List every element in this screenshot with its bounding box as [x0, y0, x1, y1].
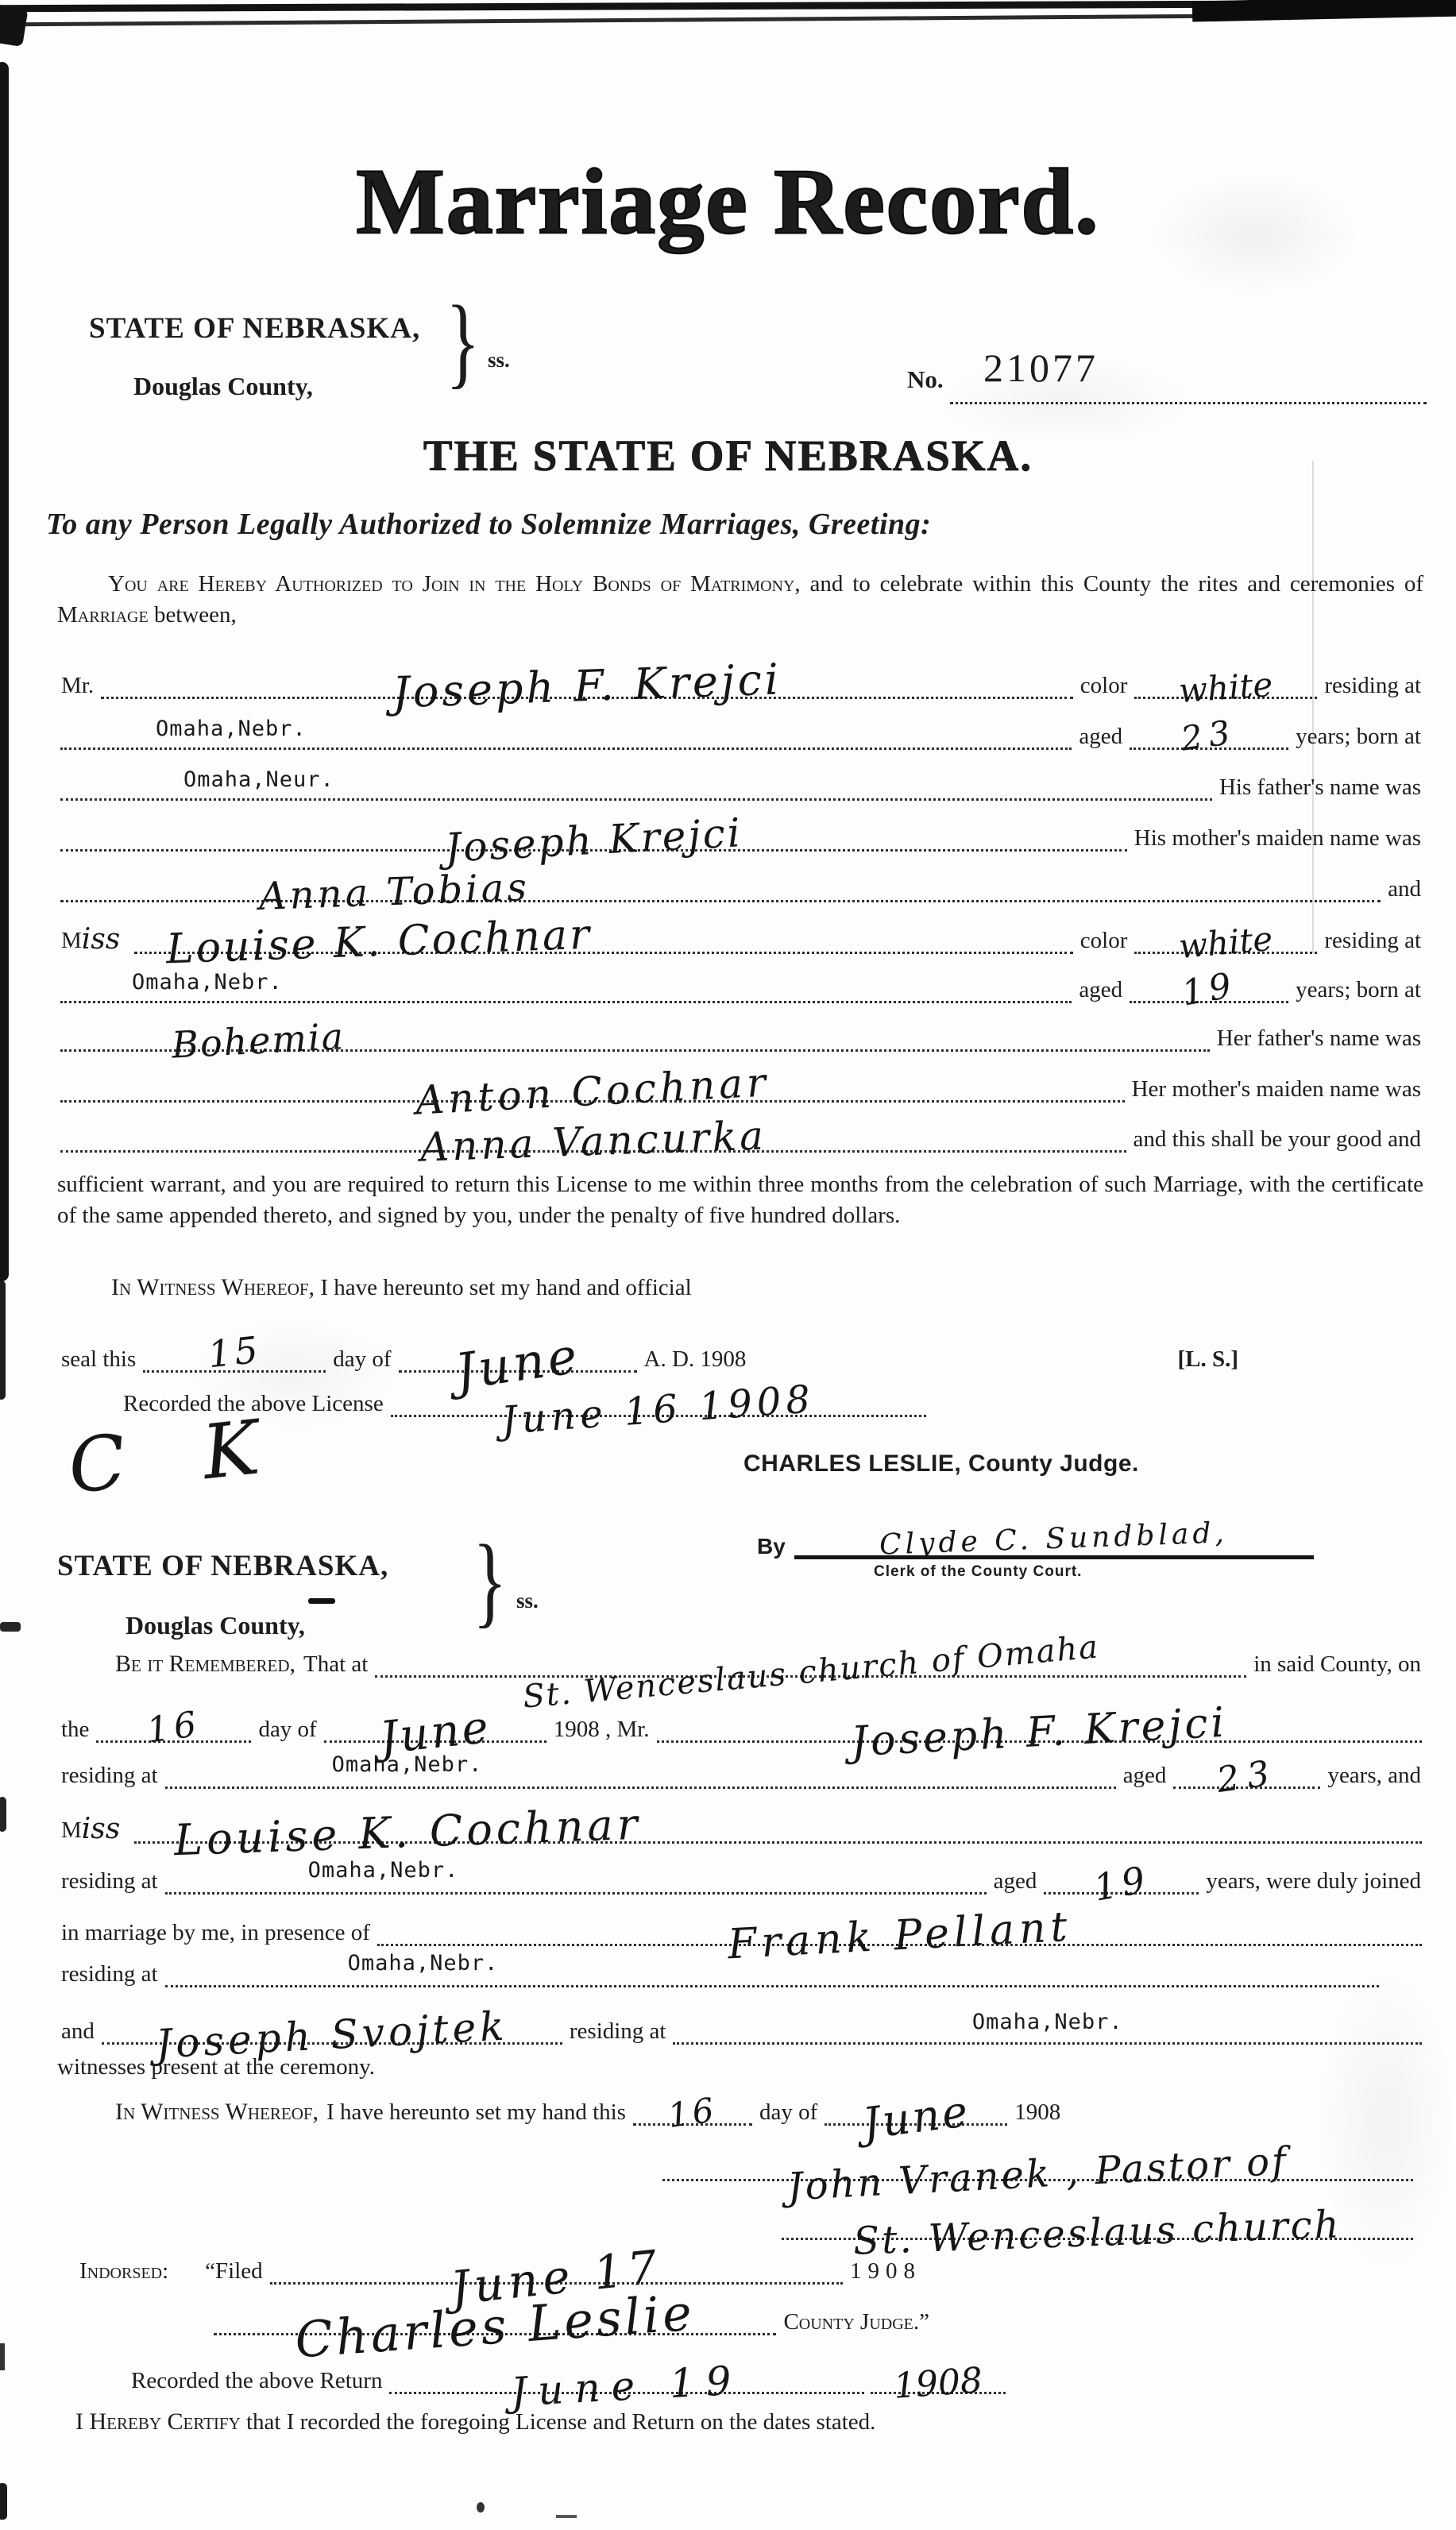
scan-artifact-bottom-dot [477, 2502, 485, 2513]
scan-artifact-left-mark-3 [0, 2343, 5, 2370]
county-judge-signature-line: Charles Leslie County Judge.” [210, 2289, 933, 2335]
residing-at-label-3: residing at [57, 1868, 162, 1895]
authorization-paragraph: You are Hereby Authorized to Join in the… [57, 569, 1423, 631]
state-of-nebraska-2: STATE OF NEBRASKA, [57, 1549, 388, 1583]
pastor-church-value: St. Wenceslaus church [853, 2207, 1342, 2259]
ceremony-date-groom-line: the 16 day of June 1908 , Mr. Joseph F. … [57, 1698, 1425, 1743]
her-father-label: Her father's name was [1213, 1026, 1425, 1052]
ss-label-2: ss. [516, 1589, 539, 1613]
day-of-label: day of [329, 1346, 395, 1373]
bride-father-line: Anton Cochnar Her mother's maiden name w… [57, 1058, 1425, 1103]
bride-age-field: 19 [1130, 974, 1288, 1003]
witness1-residence-field: Omaha,Nebr. [165, 1953, 1379, 1987]
pastor-signature-field: John Vranek , Pastor of [662, 2157, 1413, 2181]
cert-groom-residence-value: Omaha,Nebr. [332, 1754, 483, 1775]
seal-day-value: 15 [207, 1333, 263, 1371]
cert-bride-residence-line: residing at Omaha,Nebr. aged 19 years, w… [57, 1852, 1425, 1895]
bride-name-line: M iss Louise K. Cochnar color white resi… [57, 910, 1425, 954]
indorsed-label: Indorsed: [75, 2258, 172, 2285]
recorded-license-date: June 16 1908 [500, 1382, 816, 1439]
cert-bride-age-value: 19 [1091, 1863, 1153, 1905]
bride-name-field: Louise K. Cochnar [134, 924, 1073, 954]
douglas-county-header: Douglas County, [133, 372, 313, 401]
residing-at-label: residing at [1320, 673, 1425, 699]
witness2-residence-field: Omaha,Nebr. [673, 2011, 1422, 2045]
marriage-record-document: Marriage Record. STATE OF NEBRASKA, Doug… [0, 0, 1456, 2530]
witness2-line: and Joseph Svojtek residing at Omaha,Neb… [57, 2000, 1425, 2045]
scan-artifact-left-mark-2 [0, 1797, 6, 1832]
warrant-paragraph: sufficient warrant, and you are required… [57, 1169, 1423, 1231]
scan-artifact-state-dash [308, 1598, 335, 1604]
judge-initials-signature: C K [65, 1412, 288, 1502]
groom-mother-line: Anna Tobias and [57, 859, 1425, 902]
scan-artifact-top-right-blob [1192, 0, 1456, 22]
residing-at-label-2: residing at [57, 1763, 162, 1789]
clerk-signature-field: Clyde C. Sundblad, [794, 1527, 1314, 1559]
presence-line: in marriage by me, in presence of Frank … [57, 1900, 1425, 1946]
groom-birthplace-line: Omaha,Neur. His father's name was [57, 758, 1425, 801]
pastor-church-field: St. Wenceslaus church [782, 2216, 1413, 2240]
scan-artifact-bottom-dash [556, 2515, 577, 2518]
groom-age-value: 23 [1180, 717, 1238, 755]
pastor-signature-line: John Vranek , Pastor of [659, 2135, 1416, 2181]
recorded-return-year-value: 1908 [893, 2366, 983, 2403]
greeting-line: To any Person Legally Authorized to Sole… [46, 507, 931, 542]
clerk-title: Clerk of the County Court. [874, 1563, 1082, 1581]
certify-rest: that I recorded the foregoing License an… [246, 2409, 875, 2435]
miss-script-value: iss [82, 927, 120, 952]
certify-line: I Hereby Certify that I recorded the for… [75, 2408, 1425, 2435]
cert-bride-age-field: 19 [1044, 1868, 1199, 1895]
between-text: between, [149, 602, 237, 628]
seal-day-field: 15 [143, 1336, 326, 1373]
ad-year-label: A. D. 1908 [640, 1346, 751, 1373]
groom-color-value: white [1178, 670, 1274, 706]
license-witness-line: In Witness Whereof, I have hereunto set … [111, 1274, 692, 1301]
cert-witness-day-value: 16 [666, 2095, 719, 2131]
witness1-residence-line: residing at Omaha,Nebr. [57, 1945, 1382, 1987]
filed-label: “Filed [201, 2258, 267, 2285]
bride-mother-field: Anna Vancurka [60, 1124, 1126, 1153]
years-born-label: years; born at [1292, 977, 1425, 1003]
indorsed-line: Indorsed: “Filed June 17 1908 [75, 2240, 925, 2285]
bride-residence-line: Omaha,Nebr. aged 19 years; born at [57, 960, 1425, 1003]
his-mother-label: His mother's maiden name was [1130, 825, 1425, 852]
bride-age-value: 19 [1180, 970, 1238, 1010]
bride-mother-line: Anna Vancurka and this shall be your goo… [57, 1108, 1425, 1153]
clerk-signature-value: Clyde C. Sundblad, [879, 1520, 1229, 1559]
judge-signature-field: Charles Leslie [214, 2304, 776, 2335]
bride-birthplace-value: Bohemia [171, 1020, 346, 1062]
brace-icon: } [438, 300, 487, 384]
license-number-underline [950, 402, 1427, 404]
filed-date-field: June 17 [270, 2257, 843, 2285]
color-label: color [1076, 673, 1132, 699]
groom-residence-field: Omaha,Nebr. [60, 718, 1072, 750]
seal-this-label: seal this [57, 1346, 140, 1373]
license-number-value: 21077 [983, 345, 1099, 391]
cert-witness-year-label: 1908 [1010, 2099, 1064, 2126]
witnesses-present-line: witnesses present at the ceremony. [57, 2054, 375, 2080]
scan-artifact-left-edge-2 [0, 1280, 6, 1400]
year-mr-label: 1908 , Mr. [550, 1717, 654, 1743]
recorded-license-field: June 16 1908 [391, 1393, 926, 1417]
scan-artifact-left-mark-4 [0, 2483, 7, 2520]
aged-label-2: aged [1119, 1763, 1171, 1789]
cert-witness-date-line: In Witness Whereof, I have hereunto set … [111, 2081, 1425, 2126]
and-label-2: and [57, 2018, 98, 2045]
certify-smallcaps: I Hereby Certify [75, 2408, 241, 2435]
groom-residence-line: Omaha,Nebr. aged 23 years; born at [57, 707, 1425, 750]
groom-father-field: Joseph Krejci [60, 823, 1127, 852]
cert-bride-residence-value: Omaha,Nebr. [308, 1860, 459, 1881]
county-judge-name: CHARLES LESLIE, County Judge. [743, 1450, 1139, 1477]
state-of-nebraska-header: STATE OF NEBRASKA, [89, 311, 420, 346]
cert-bride-residence-field: Omaha,Nebr. [165, 1860, 987, 1895]
clerk-by-line: By Clyde C. Sundblad, [753, 1512, 1319, 1559]
presence-label: in marriage by me, in presence of [57, 1920, 374, 1946]
cert-witness-dayof-label: day of [755, 2099, 821, 2126]
remembered-smallcaps: Be it Remembered, [111, 1651, 299, 1678]
ceremony-day-field: 16 [96, 1712, 251, 1743]
and-label: and [1384, 876, 1425, 902]
his-father-label: His father's name was [1215, 774, 1425, 801]
remembered-line: Be it Remembered, That at St. Wenceslaus… [111, 1633, 1425, 1678]
groom-father-line: Joseph Krejci His mother's maiden name w… [57, 809, 1425, 852]
witness1-residence-value: Omaha,Nebr. [348, 1953, 499, 1974]
cert-bride-name-field: Louise K. Cochnar [134, 1813, 1422, 1844]
cert-witness-day-field: 16 [633, 2098, 752, 2126]
ceremony-month-field: June [324, 1713, 546, 1743]
good-warrant-label: and this shall be your good and [1130, 1126, 1425, 1153]
bride-color-field: white [1134, 928, 1317, 954]
ss-label: ss. [488, 348, 510, 373]
witness-smallcaps: In Witness Whereof, [111, 1274, 315, 1300]
authorized-mid-text: , and to celebrate within this County th… [794, 571, 1423, 597]
residing-at-label-5: residing at [566, 2018, 670, 2045]
authorized-smallcaps-text: You are Hereby Authorized to Join in the… [108, 571, 794, 597]
color-label: color [1076, 928, 1132, 954]
cert-groom-age-field: 23 [1173, 1761, 1320, 1789]
recorded-return-label: Recorded the above Return [127, 2368, 386, 2394]
bride-father-field: Anton Cochnar [60, 1074, 1125, 1103]
aged-label: aged [1075, 977, 1126, 1003]
bride-mother-value: Anna Vancurka [419, 1118, 767, 1165]
groom-name-field: Joseph F. Krejci [101, 667, 1073, 699]
bride-color-value: white [1178, 924, 1274, 962]
cert-groom-residence-field: Omaha,Nebr. [165, 1754, 1116, 1789]
ls-seal-label: [L. S.] [1173, 1346, 1242, 1373]
scan-artifact-top-left-blob [0, 4, 28, 47]
cert-witness-rest: I have hereunto set my hand this [322, 2099, 630, 2126]
groom-residence-value: Omaha,Nebr. [156, 718, 307, 740]
witness2-residence-value: Omaha,Nebr. [972, 2011, 1123, 2033]
witness2-name-field: Joseph Svojtek [102, 2018, 562, 2045]
years-joined-label: years, were duly joined [1202, 1868, 1425, 1895]
witness-rest: I have hereunto set my hand and official [320, 1275, 691, 1300]
groom-birthplace-field: Omaha,Neur. [60, 769, 1212, 801]
mr-label: Mr. [57, 673, 98, 699]
recorded-return-date-field: June 19 [389, 2369, 864, 2394]
ceremony-place-field: St. Wenceslaus church of Omaha [375, 1658, 1246, 1678]
scan-artifact-left-mark-1 [0, 1622, 21, 1632]
groom-birthplace-value: Omaha,Neur. [183, 769, 334, 790]
pastor-church-line: St. Wenceslaus church [778, 2194, 1416, 2240]
groom-color-field: white [1134, 673, 1317, 699]
bride-birthplace-line: Bohemia Her father's name was [57, 1007, 1425, 1052]
residing-at-label-4: residing at [57, 1961, 162, 1987]
cert-witness-smallcaps: In Witness Whereof, [111, 2099, 322, 2126]
years-and-label: years, and [1323, 1763, 1425, 1789]
day-of-label-2: day of [254, 1717, 320, 1743]
groom-name-value: Joseph F. Krejci [392, 661, 782, 713]
aged-label: aged [1075, 724, 1126, 750]
groom-age-field: 23 [1130, 720, 1288, 750]
document-title: Marriage Record. [0, 148, 1456, 256]
marriage-smallcaps-text: Marriage [57, 602, 149, 628]
bride-residence-value: Omaha,Nebr. [132, 971, 283, 993]
ceremony-day-value: 16 [145, 1709, 203, 1748]
license-heading: THE STATE OF NEBRASKA. [0, 431, 1456, 481]
groom-mother-field: Anna Tobias [60, 875, 1381, 902]
county-judge-label: County Judge.” [779, 2309, 933, 2335]
bride-birthplace-field: Bohemia [60, 1025, 1210, 1052]
residing-at-label: residing at [1320, 928, 1425, 954]
license-number-label: No. [907, 365, 944, 394]
aged-label-3: aged [990, 1868, 1041, 1895]
the-label: the [57, 1717, 93, 1743]
recorded-return-line: Recorded the above Return June 19 1908 [127, 2350, 1009, 2394]
groom-mother-value: Anna Tobias [258, 871, 530, 914]
cert-witness-month-field: June [825, 2099, 1007, 2126]
cert-groom-name-field: Joseph F. Krejci [657, 1714, 1422, 1743]
cert-groom-age-value: 23 [1215, 1757, 1280, 1797]
years-born-label: years; born at [1292, 724, 1425, 750]
cert-bride-name-line: M iss Louise K. Cochnar [57, 1798, 1425, 1844]
cert-groom-residence-line: residing at Omaha,Nebr. aged 23 years, a… [57, 1746, 1425, 1789]
recorded-return-date-value: June 19 [510, 2362, 743, 2410]
in-said-county-label: in said County, on [1249, 1651, 1425, 1678]
m-label: M [57, 928, 82, 954]
brace-icon: } [465, 1539, 514, 1623]
bride-residence-field: Omaha,Nebr. [60, 971, 1072, 1003]
witness1-name-field: Frank Pellant [377, 1918, 1422, 1946]
seal-date-line: seal this 15 day of June A. D. 1908 [L. … [57, 1327, 1242, 1373]
seal-month-field: June [399, 1342, 637, 1373]
her-mother-label: Her mother's maiden name was [1128, 1076, 1425, 1103]
recorded-return-year-field: 1908 [871, 2368, 1006, 2394]
groom-name-line: Mr. Joseph F. Krejci color white residin… [57, 656, 1425, 699]
m-label-2: M [57, 1817, 82, 1844]
filed-year-label: 1908 [846, 2258, 925, 2285]
by-label: By [753, 1534, 790, 1559]
miss-script-value-2: iss [82, 1817, 120, 1842]
that-at-label: That at [299, 1651, 372, 1678]
